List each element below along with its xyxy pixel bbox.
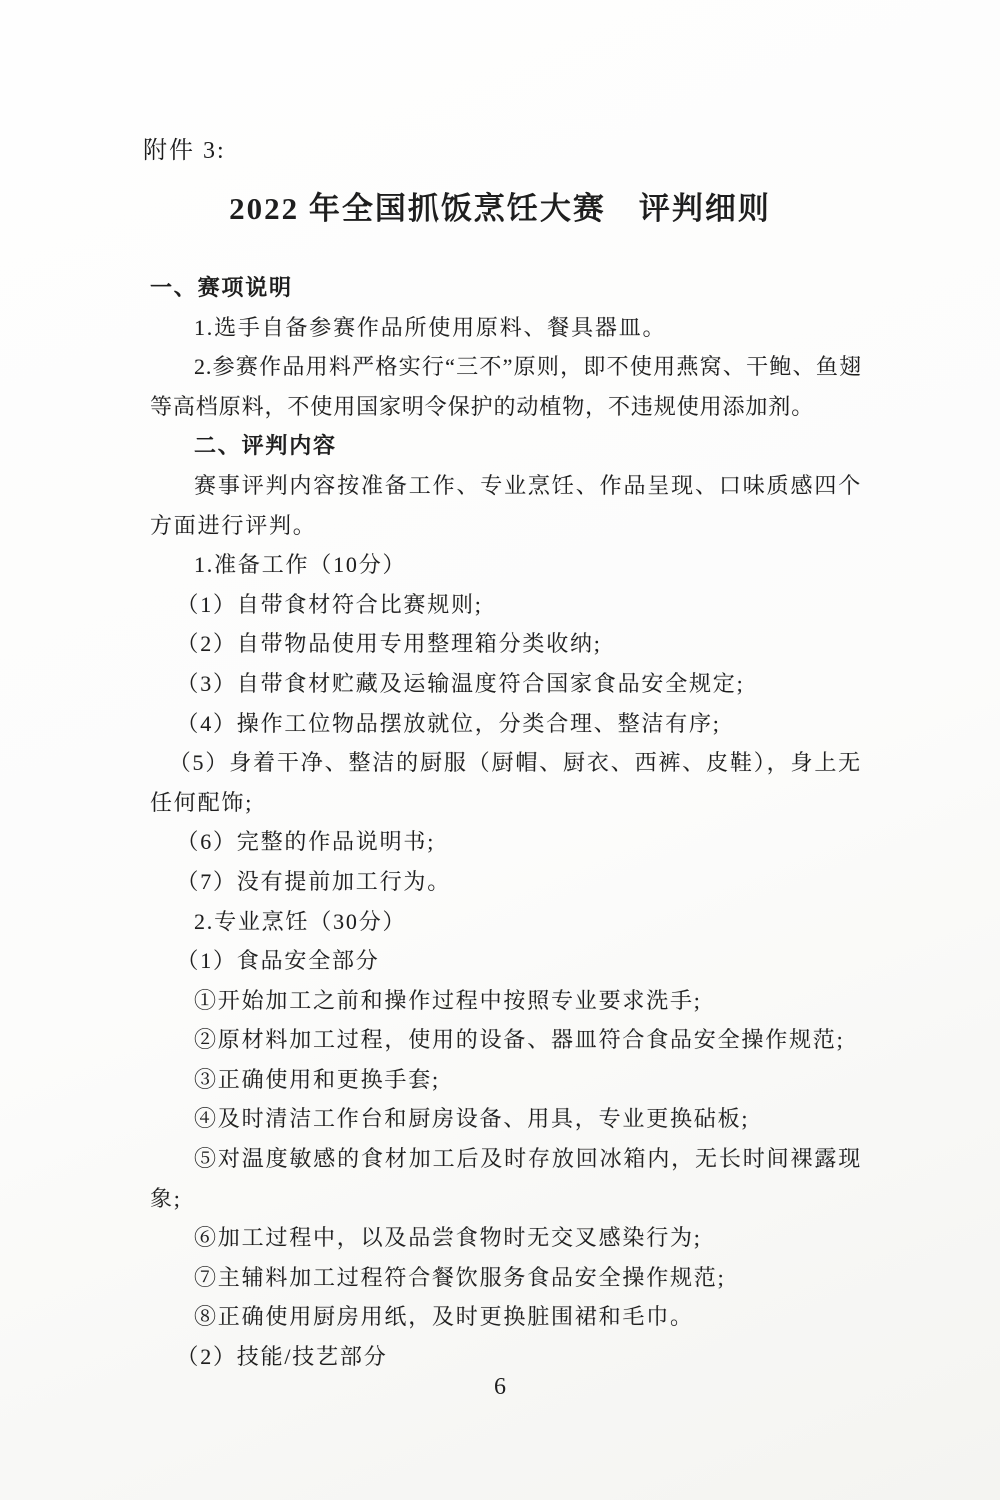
cooking-heading: 2.专业烹饪（30分） — [150, 902, 862, 942]
rule-2: 2.参赛作品用料严格实行“三不”原则，即不使用燕窝、干鲍、鱼翅等高档原料，不使用… — [150, 347, 862, 426]
prep-work-heading: 1.准备工作（10分） — [150, 545, 862, 585]
food-safety-item-1: ①开始加工之前和操作过程中按照专业要求洗手; — [150, 981, 862, 1021]
food-safety-item-3: ③正确使用和更换手套; — [150, 1060, 862, 1100]
skill-section-heading: （2）技能/技艺部分 — [150, 1337, 862, 1377]
food-safety-item-5: ⑤对温度敏感的食材加工后及时存放回冰箱内，无长时间裸露现象; — [150, 1139, 862, 1218]
prep-item-7: （7）没有提前加工行为。 — [150, 862, 862, 902]
food-safety-item-7: ⑦主辅料加工过程符合餐饮服务食品安全操作规范; — [150, 1258, 862, 1298]
prep-item-1: （1）自带食材符合比赛规则; — [150, 585, 862, 625]
prep-item-6: （6）完整的作品说明书; — [150, 822, 862, 862]
prep-item-3: （3）自带食材贮藏及运输温度符合国家食品安全规定; — [150, 664, 862, 704]
document-body: 一、赛项说明 1.选手自备参赛作品所使用原料、餐具器皿。 2.参赛作品用料严格实… — [150, 268, 862, 1377]
attachment-label: 附件 3: — [143, 130, 226, 165]
food-safety-item-8: ⑧正确使用厨房用纸，及时更换脏围裙和毛巾。 — [150, 1297, 862, 1337]
judging-overview: 赛事评判内容按准备工作、专业烹饪、作品呈现、口味质感四个方面进行评判。 — [150, 466, 862, 545]
food-safety-item-4: ④及时清洁工作台和厨房设备、用具，专业更换砧板; — [150, 1099, 862, 1139]
prep-item-5: （5）身着干净、整洁的厨服（厨帽、厨衣、西裤、皮鞋），身上无任何配饰; — [150, 743, 862, 822]
rule-1: 1.选手自备参赛作品所使用原料、餐具器皿。 — [150, 308, 862, 348]
prep-item-2: （2）自带物品使用专用整理箱分类收纳; — [150, 624, 862, 664]
prep-item-4: （4）操作工位物品摆放就位，分类合理、整洁有序; — [150, 704, 862, 744]
food-safety-heading: （1）食品安全部分 — [150, 941, 862, 981]
food-safety-item-2: ②原材料加工过程，使用的设备、器皿符合食品安全操作规范; — [150, 1020, 862, 1060]
document-page: 附件 3: 2022 年全国抓饭烹饪大赛 评判细则 一、赛项说明 1.选手自备参… — [0, 0, 1000, 1500]
food-safety-item-6: ⑥加工过程中，以及品尝食物时无交叉感染行为; — [150, 1218, 862, 1258]
document-title: 2022 年全国抓饭烹饪大赛 评判细则 — [0, 183, 1000, 228]
section-2-heading: 二、评判内容 — [150, 426, 862, 466]
section-1-heading: 一、赛项说明 — [150, 268, 862, 308]
page-number: 6 — [0, 1374, 1000, 1401]
